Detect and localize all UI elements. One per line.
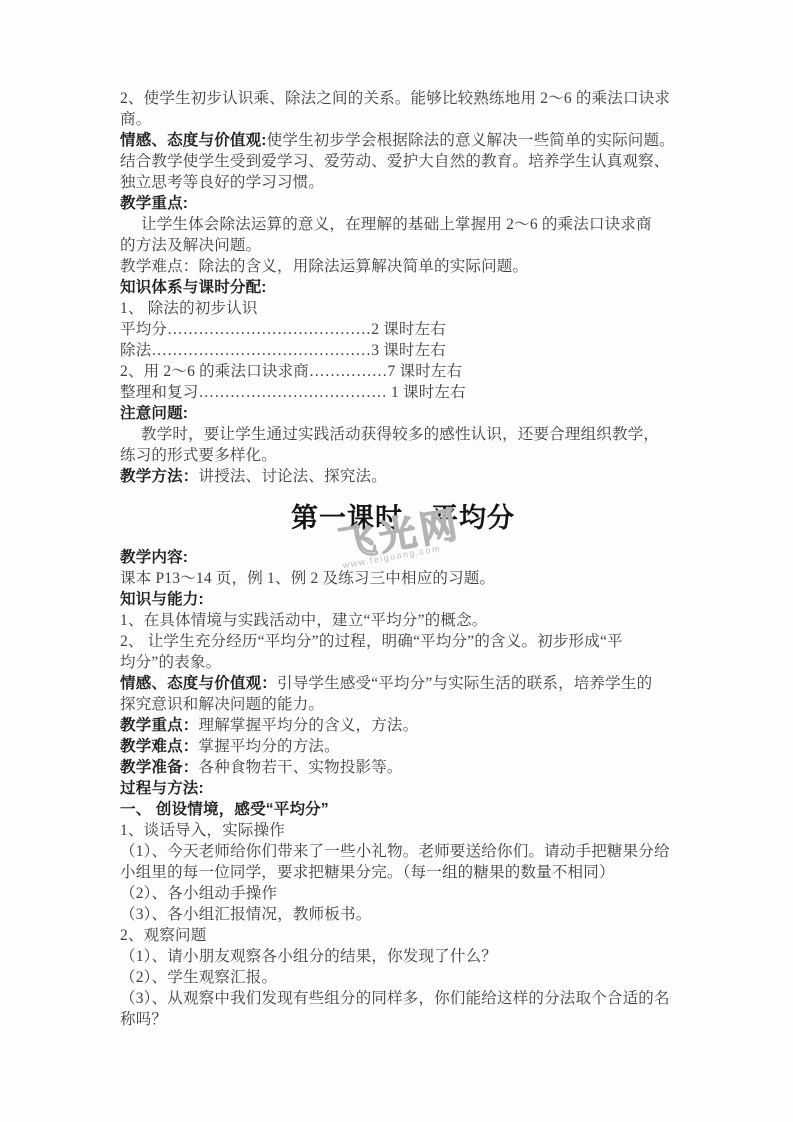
text-line: （2）、各小组动手操作 <box>120 883 686 904</box>
bold-label: 情感、态度与价值观： <box>120 675 277 692</box>
text-line: 2、用 2～6 的乘法口诀求商……………7 课时左右 <box>120 361 686 382</box>
text-line: 知识体系与课时分配: <box>120 277 686 298</box>
text-run: 1、 除法的初步认识 <box>120 300 258 317</box>
text-line: 1、谈话导入，实际操作 <box>120 820 686 841</box>
text-run: 独立思考等良好的学习习惯。 <box>120 174 324 191</box>
text-run: （2）、学生观察汇报。 <box>120 969 277 986</box>
bold-label: 注意问题: <box>120 405 188 422</box>
text-line: 注意问题: <box>120 403 686 424</box>
text-line: 课本 P13～14 页，例 1、例 2 及练习三中相应的习题。 <box>120 568 686 589</box>
text-run: 2、使学生初步认识乘、除法之间的关系。能够比较熟练地用 2～6 的乘法口诀求 <box>120 90 670 107</box>
text-line: 均分”的表象。 <box>120 652 686 673</box>
bold-label: 知识体系与课时分配: <box>120 279 267 296</box>
text-line: 2、观察问题 <box>120 925 686 946</box>
text-line: 的方法及解决问题。 <box>120 235 686 256</box>
bold-label: 过程与方法: <box>120 780 204 797</box>
text-run: 理解掌握平均分的含义，方法。 <box>199 717 419 734</box>
bold-label: 教学方法： <box>120 468 199 485</box>
text-run: 整理和复习……………………………… 1 课时左右 <box>120 384 466 401</box>
text-line: 过程与方法: <box>120 778 686 799</box>
text-run: 课本 P13～14 页，例 1、例 2 及练习三中相应的习题。 <box>120 570 495 587</box>
text-line: 情感、态度与价值观:使学生初步学会根据除法的意义解决一些简单的实际问题。 <box>120 130 686 151</box>
text-line: 除法……………………………………3 课时左右 <box>120 340 686 361</box>
text-run: 的方法及解决问题。 <box>120 237 261 254</box>
text-line: 让学生体会除法运算的意义，在理解的基础上掌握用 2～6 的乘法口诀求商 <box>120 214 686 235</box>
bold-label: 教学重点: <box>120 195 188 212</box>
bold-label: 知识与能力: <box>120 591 204 608</box>
text-line: 教学难点：掌握平均分的方法。 <box>120 736 686 757</box>
text-line: 情感、态度与价值观：引导学生感受“平均分”与实际生活的联系，培养学生的 <box>120 673 686 694</box>
bold-label: 情感、态度与价值观: <box>120 132 267 149</box>
text-line: 2、 让学生充分经历“平均分”的过程，明确“平均分”的含义。初步形成“平 <box>120 631 686 652</box>
text-run: 引导学生感受“平均分”与实际生活的联系，培养学生的 <box>277 675 652 692</box>
text-line: 知识与能力: <box>120 589 686 610</box>
text-run: 让学生体会除法运算的意义，在理解的基础上掌握用 2～6 的乘法口诀求商 <box>141 216 652 233</box>
text-line: 教学重点: <box>120 193 686 214</box>
bold-label: 教学内容: <box>120 549 188 566</box>
text-run: 结合教学使学生受到爱学习、爱劳动、爱护大自然的教育。培养学生认真观察、 <box>120 153 670 170</box>
text-run: 掌握平均分的方法。 <box>199 738 340 755</box>
document-page: 飞光网 www.feiguang.com 2、使学生初步认识乘、除法之间的关系。… <box>0 0 793 1122</box>
text-line: 一、 创设情境，感受“平均分” <box>120 799 686 820</box>
text-line: 教学内容: <box>120 547 686 568</box>
bold-label: 一、 创设情境，感受“平均分” <box>120 801 329 818</box>
bold-label: 教学重点： <box>120 717 199 734</box>
text-line: 1、在具体情境与实践活动中，建立“平均分”的概念。 <box>120 610 686 631</box>
text-run: 使学生初步学会根据除法的意义解决一些简单的实际问题。 <box>267 132 675 149</box>
text-line: 商。 <box>120 109 686 130</box>
document-body: 2、使学生初步认识乘、除法之间的关系。能够比较熟练地用 2～6 的乘法口诀求商。… <box>120 88 686 1030</box>
text-line: 结合教学使学生受到爱学习、爱劳动、爱护大自然的教育。培养学生认真观察、 <box>120 151 686 172</box>
text-line: 探究意识和解决问题的能力。 <box>120 694 686 715</box>
text-run: 商。 <box>120 111 151 128</box>
text-run: （1）、今天老师给你们带来了一些小礼物。老师要送给你们。请动手把糖果分给 <box>120 843 670 860</box>
text-line: （2）、学生观察汇报。 <box>120 967 686 988</box>
text-run: （3）、从观察中我们发现有些组分的同样多，你们能给这样的分法取个合适的名 <box>120 990 670 1007</box>
text-line: 教学时，要让学生通过实践活动获得较多的感性认识，还要合理组织教学， <box>120 424 686 445</box>
text-run: 2、用 2～6 的乘法口诀求商……………7 课时左右 <box>120 363 462 380</box>
text-line: 称吗？ <box>120 1009 686 1030</box>
text-run: 1、在具体情境与实践活动中，建立“平均分”的概念。 <box>120 612 488 629</box>
text-run: 讲授法、讨论法、探究法。 <box>199 468 387 485</box>
text-run: 均分”的表象。 <box>120 654 221 671</box>
section-lesson-1: 教学内容:课本 P13～14 页，例 1、例 2 及练习三中相应的习题。知识与能… <box>120 547 686 1030</box>
bold-label: 教学准备： <box>120 759 199 776</box>
text-line: 练习的形式要多样化。 <box>120 445 686 466</box>
text-line: （3）、各小组汇报情况，教师板书。 <box>120 904 686 925</box>
text-line: 教学重点：理解掌握平均分的含义，方法。 <box>120 715 686 736</box>
text-run: 除法……………………………………3 课时左右 <box>120 342 446 359</box>
text-run: 2、 让学生充分经历“平均分”的过程，明确“平均分”的含义。初步形成“平 <box>120 633 623 650</box>
text-run: 探究意识和解决问题的能力。 <box>120 696 324 713</box>
text-run: 平均分…………………………………2 课时左右 <box>120 321 446 338</box>
text-line: （1）、请小朋友观察各小组分的结果，你发现了什么？ <box>120 946 686 967</box>
text-line: 平均分…………………………………2 课时左右 <box>120 319 686 340</box>
lesson-title: 第一课时 平均分 <box>120 501 686 535</box>
text-line: 2、使学生初步认识乘、除法之间的关系。能够比较熟练地用 2～6 的乘法口诀求 <box>120 88 686 109</box>
text-run: 1、谈话导入，实际操作 <box>120 822 285 839</box>
text-line: 独立思考等良好的学习习惯。 <box>120 172 686 193</box>
text-run: 小组里的每一位同学，要求把糖果分完。（每一组的糖果的数量不相同） <box>120 864 615 881</box>
text-line: 教学准备：各种食物若干、实物投影等。 <box>120 757 686 778</box>
text-line: 整理和复习……………………………… 1 课时左右 <box>120 382 686 403</box>
text-line: （1）、今天老师给你们带来了一些小礼物。老师要送给你们。请动手把糖果分给 <box>120 841 686 862</box>
text-run: （1）、请小朋友观察各小组分的结果，你发现了什么？ <box>120 948 497 965</box>
text-line: 小组里的每一位同学，要求把糖果分完。（每一组的糖果的数量不相同） <box>120 862 686 883</box>
text-run: （3）、各小组汇报情况，教师板书。 <box>120 906 371 923</box>
text-run: 2、观察问题 <box>120 927 206 944</box>
bold-label: 教学难点： <box>120 738 199 755</box>
text-run: （2）、各小组动手操作 <box>120 885 277 902</box>
text-run: 称吗？ <box>120 1011 167 1028</box>
text-line: 教学难点：除法的含义，用除法运算解决简单的实际问题。 <box>120 256 686 277</box>
text-run: 练习的形式要多样化。 <box>120 447 277 464</box>
text-line: 教学方法：讲授法、讨论法、探究法。 <box>120 466 686 487</box>
text-run: 各种食物若干、实物投影等。 <box>199 759 403 776</box>
text-line: 1、 除法的初步认识 <box>120 298 686 319</box>
text-run: 教学难点：除法的含义，用除法运算解决简单的实际问题。 <box>120 258 528 275</box>
text-line: （3）、从观察中我们发现有些组分的同样多，你们能给这样的分法取个合适的名 <box>120 988 686 1009</box>
text-run: 教学时，要让学生通过实践活动获得较多的感性认识，还要合理组织教学， <box>141 426 659 443</box>
section-unit-overview: 2、使学生初步认识乘、除法之间的关系。能够比较熟练地用 2～6 的乘法口诀求商。… <box>120 88 686 487</box>
